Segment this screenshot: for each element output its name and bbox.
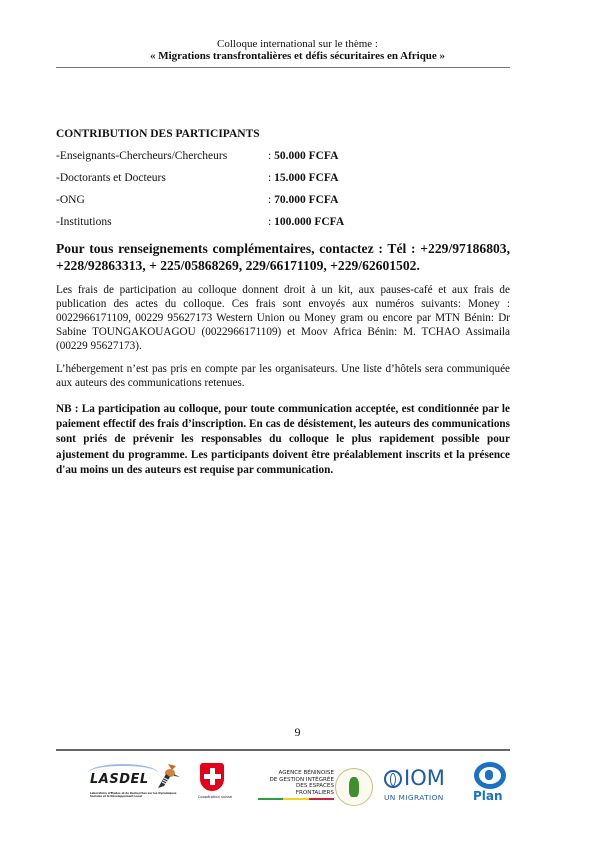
iom-subtitle: UN MIGRATION [384,793,444,802]
header-divider [56,67,510,68]
plan-figure-icon [485,770,493,780]
nb-label: NB [56,403,72,415]
footer-divider [56,749,510,751]
lasdel-logo: LASDEL Laboratoire d'Etudes et de Recher… [88,762,180,806]
swiss-cooperation-logo: Coopération suisse [194,763,230,805]
contact-info: Pour tous renseignements complémentaires… [56,240,510,274]
fee-value: : 100.000 FCFA [268,216,344,228]
plan-logo: Plan [470,762,512,808]
fee-label: -Enseignants-Chercheurs/Chercheurs [56,150,227,162]
hoopoe-bird-icon [154,762,180,792]
benin-map-icon [349,777,359,797]
fee-label: -ONG [56,194,85,206]
fee-label: -Doctorants et Docteurs [56,172,166,184]
nb-paragraph: NB : La participation au colloque, pour … [56,402,510,478]
fees-paragraph: Les frais de participation au colloque d… [56,283,510,353]
fee-value: : 70.000 FCFA [268,194,338,206]
fee-value: : 15.000 FCFA [268,172,338,184]
swiss-shield-icon [200,763,224,791]
lasdel-wordmark: LASDEL [90,772,149,787]
benin-seal-logo [335,768,373,806]
page-number: 9 [0,725,595,740]
header-line-1: Colloque international sur le thème : [0,38,595,50]
contribution-title: CONTRIBUTION DES PARTICIPANTS [56,128,260,140]
lasdel-subtitle: Laboratoire d'Etudes et de Recherches su… [90,792,180,798]
abegief-line: AGENCE BÉNINOISE [258,770,334,777]
iom-logo: IOM UN MIGRATION [384,768,464,808]
iom-wordmark: IOM [404,766,445,790]
abegief-logo: AGENCE BÉNINOISE DE GESTION INTÉGRÉE DES… [258,770,334,800]
fee-value: : 50.000 FCFA [268,150,338,162]
benin-flag-bar [258,798,334,800]
plan-wordmark: Plan [473,789,503,803]
abegief-line: DES ESPACES FRONTALIERS [258,783,334,796]
lodging-paragraph: L’hébergement n’est pas pris en compte p… [56,362,510,390]
nb-text: : La participation au colloque, pour tou… [56,403,510,476]
abegief-line: DE GESTION INTÉGRÉE [258,777,334,784]
header-title: « Migrations transfrontalières et défis … [0,50,595,62]
globe-icon [384,770,402,788]
swiss-caption: Coopération suisse [194,795,236,799]
fee-label: -Institutions [56,216,112,228]
